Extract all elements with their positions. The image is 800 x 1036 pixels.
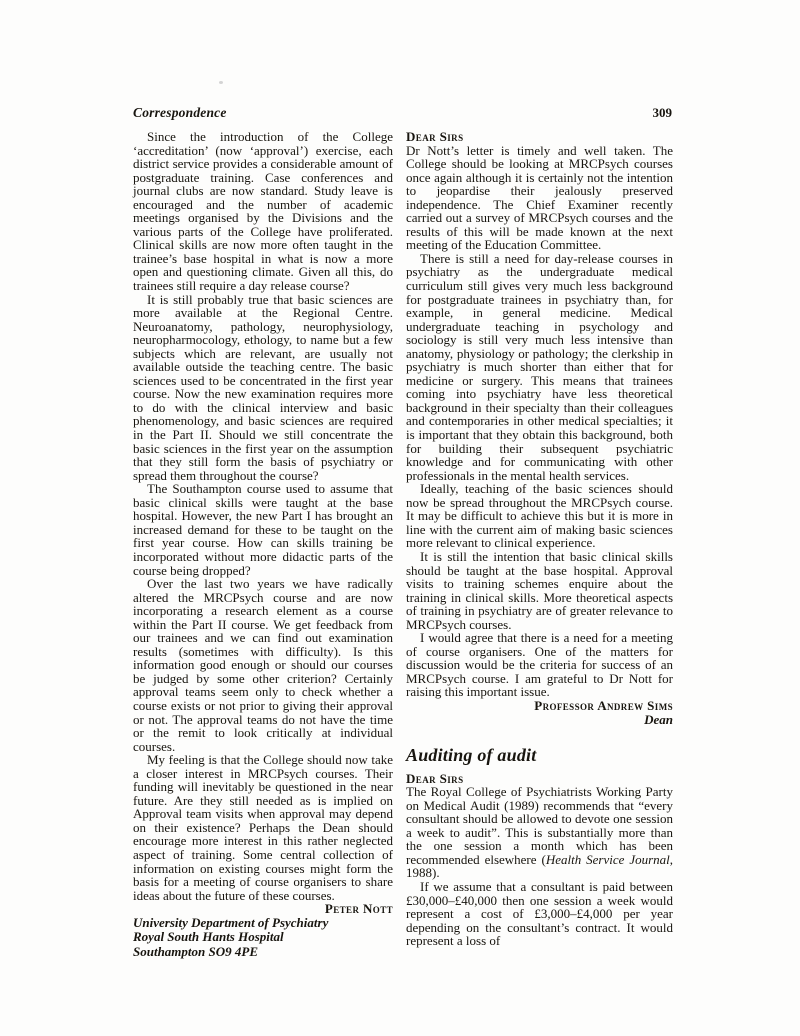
letter-paragraph: It is still the intention that basic cli… xyxy=(406,550,673,631)
letter-paragraph: If we assume that a consultant is paid b… xyxy=(406,880,673,948)
letter-signature: Peter Nott xyxy=(133,902,393,916)
author-address: University Department of Psychiatry Roya… xyxy=(133,916,393,960)
letter-paragraph: My feeling is that the College should no… xyxy=(133,753,393,902)
letter-paragraph: There is still a need for day-release co… xyxy=(406,252,673,482)
letter-paragraph: Dr Nott’s letter is timely and well take… xyxy=(406,144,673,252)
letter-signature: Professor Andrew Sims xyxy=(406,699,673,713)
scan-artifact xyxy=(219,81,223,84)
journal-name: Health Service Journal xyxy=(546,852,670,867)
letter-paragraph: The Royal College of Psychiatrists Worki… xyxy=(406,785,673,880)
address-line: Royal South Hants Hospital xyxy=(133,930,393,945)
letter-paragraph: It is still probably true that basic sci… xyxy=(133,293,393,483)
running-head: Correspondence 309 xyxy=(133,105,672,121)
address-line: Southampton SO9 4PE xyxy=(133,945,393,960)
letter-paragraph: Over the last two years we have radicall… xyxy=(133,577,393,753)
right-column: Dear Sirs Dr Nott’s letter is timely and… xyxy=(406,130,673,959)
letter-salutation: Dear Sirs xyxy=(406,130,673,144)
letter-paragraph: The Southampton course used to assume th… xyxy=(133,482,393,577)
letter-salutation: Dear Sirs xyxy=(406,772,673,786)
letter-paragraph: I would agree that there is a need for a… xyxy=(406,631,673,699)
left-column: Since the introduction of the College ‘a… xyxy=(133,130,393,959)
two-column-layout: Since the introduction of the College ‘a… xyxy=(133,130,673,959)
letter-paragraph: Since the introduction of the College ‘a… xyxy=(133,130,393,293)
address-line: University Department of Psychiatry xyxy=(133,916,393,931)
section-title: Correspondence xyxy=(133,105,227,121)
signature-title: Dean xyxy=(406,713,673,727)
journal-page: Correspondence 309 Since the introductio… xyxy=(0,0,800,1036)
page-number: 309 xyxy=(653,105,673,121)
letter-title: Auditing of audit xyxy=(406,749,673,763)
letter-paragraph: Ideally, teaching of the basic sciences … xyxy=(406,482,673,550)
